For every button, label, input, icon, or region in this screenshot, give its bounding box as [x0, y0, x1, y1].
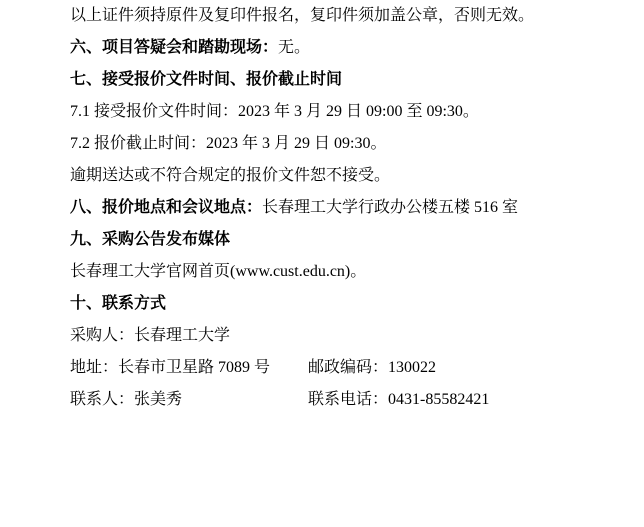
section-6-label: 六、项目答疑会和踏勘现场： — [70, 39, 278, 56]
section-7-heading: 七、接受报价文件时间、报价截止时间 — [70, 71, 614, 88]
contact-row: 联系人：张美秀 联系电话：0431-85582421 — [70, 391, 614, 408]
section-6-value: 无。 — [278, 39, 310, 56]
section-8-label: 八、报价地点和会议地点： — [70, 199, 262, 216]
document-page: 以上证件须持原件及复印件报名，复印件须加盖公章，否则无效。 六、项目答疑会和踏勘… — [0, 0, 644, 527]
late-submission-note: 逾期送达或不符合规定的报价文件恕不接受。 — [70, 167, 614, 184]
contact-person-value: 联系人：张美秀 — [70, 391, 308, 408]
section-8-heading: 八、报价地点和会议地点：长春理工大学行政办公楼五楼 516 室 — [70, 199, 614, 216]
section-6-heading: 六、项目答疑会和踏勘现场：无。 — [70, 39, 614, 56]
certificate-requirement-note: 以上证件须持原件及复印件报名，复印件须加盖公章，否则无效。 — [70, 7, 614, 24]
section-10-heading: 十、联系方式 — [70, 295, 614, 312]
item-7-1-acceptance-time: 7.1 接受报价文件时间：2023 年 3 月 29 日 09:00 至 09:… — [70, 103, 614, 120]
purchaser-line: 采购人：长春理工大学 — [70, 327, 614, 344]
address-value: 地址：长春市卫星路 7089 号 — [70, 359, 308, 376]
address-row: 地址：长春市卫星路 7089 号 邮政编码：130022 — [70, 359, 614, 376]
section-8-value: 长春理工大学行政办公楼五楼 516 室 — [262, 199, 518, 216]
postcode-value: 邮政编码：130022 — [308, 359, 436, 376]
section-9-heading: 九、采购公告发布媒体 — [70, 231, 614, 248]
item-7-2-deadline: 7.2 报价截止时间：2023 年 3 月 29 日 09:30。 — [70, 135, 614, 152]
section-9-announcement-media: 长春理工大学官网首页(www.cust.edu.cn)。 — [70, 263, 614, 280]
contact-phone-value: 联系电话：0431-85582421 — [308, 391, 489, 408]
